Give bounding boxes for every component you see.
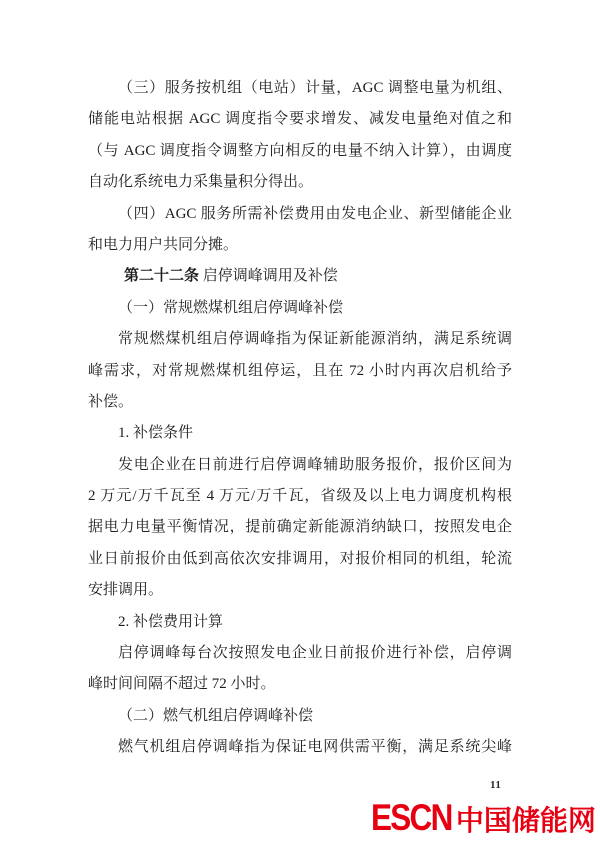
text-line: 业日前报价由低到高依次安排调用，对报价相同的机组，轮流	[88, 544, 512, 575]
text-line: 据电力电量平衡情况，提前确定新能源消纳缺口，按照发电企	[88, 512, 512, 543]
text-line: （三）服务按机组（电站）计量，AGC 调整电量为机组、	[88, 73, 512, 104]
text-line: 峰需求，对常规燃煤机组停运，且在 72 小时内再次启机给予	[88, 356, 512, 387]
text-line: 安排调用。	[88, 575, 512, 606]
text-line: （一）常规燃煤机组启停调峰补偿	[88, 293, 512, 324]
text-line: 发电企业在日前进行启停调峰辅助服务报价，报价区间为	[88, 450, 512, 481]
text-line: 峰时间间隔不超过 72 小时。	[88, 669, 512, 700]
article-heading-line: 第二十二条 启停调峰调用及补偿	[88, 261, 512, 292]
text-line: 和电力用户共同分摊。	[88, 230, 512, 261]
text-line: 启停调峰每台次按照发电企业日前报价进行补偿，启停调	[88, 638, 512, 669]
document-lines: （三）服务按机组（电站）计量，AGC 调整电量为机组、储能电站根据 AGC 调度…	[88, 73, 512, 764]
text-line: （四）AGC 服务所需补偿费用由发电企业、新型储能企业	[88, 199, 512, 230]
text-line: （二）燃气机组启停调峰补偿	[88, 701, 512, 732]
text-line: 1. 补偿条件	[88, 418, 512, 449]
text-line: 2. 补偿费用计算	[88, 607, 512, 638]
article-number: 第二十二条	[124, 268, 199, 284]
escn-logo: ESCN 中国储能网	[371, 799, 596, 836]
text-line: 燃气机组启停调峰指为保证电网供需平衡，满足系统尖峰	[88, 732, 512, 763]
text-line: （与 AGC 调度指令调整方向相反的电量不纳入计算），由调度	[88, 136, 512, 167]
text-line: 补偿。	[88, 387, 512, 418]
text-line: 2 万元/万千瓦至 4 万元/万千瓦，省级及以上电力调度机构根	[88, 481, 512, 512]
escn-logo-latin: ESCN	[371, 799, 452, 836]
page-number: 11	[490, 779, 501, 791]
text-line: 常规燃煤机组启停调峰指为保证新能源消纳，满足系统调	[88, 324, 512, 355]
text-line: 自动化系统电力采集量积分得出。	[88, 167, 512, 198]
escn-logo-chinese: 中国储能网	[456, 807, 596, 835]
document-page: （三）服务按机组（电站）计量，AGC 调整电量为机组、储能电站根据 AGC 调度…	[0, 0, 600, 848]
text-line: 储能电站根据 AGC 调度指令要求增发、减发电量绝对值之和	[88, 104, 512, 135]
